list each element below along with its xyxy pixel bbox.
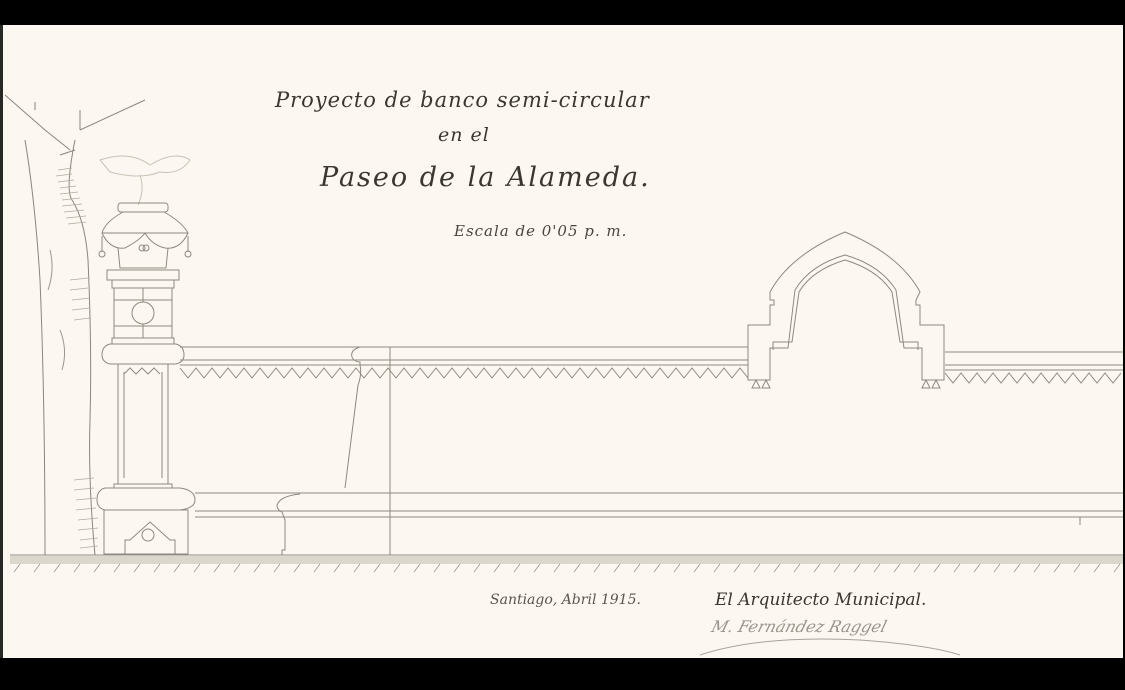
drawing-title-line-2: en el [438,124,490,146]
drawing-title-line-1: Proyecto de banco semi-circular [275,88,650,112]
architect-signature: M. Fernández Raggel [709,617,888,636]
ground-ticks [14,564,1120,572]
gothic-arch-ornament [748,232,944,388]
tree-sketch [5,95,145,555]
ground-hatching [10,556,1123,564]
urn-ornament [99,203,191,268]
backrest [180,347,1123,555]
architectural-drawing-sheet: Proyecto de banco semi-circular en el Pa… [0,25,1123,658]
seat [195,493,1123,555]
drawing-scale: Escala de 0'05 p. m. [454,222,627,240]
bench-elevation-drawing [0,25,1123,658]
place-date: Santiago, Abril 1915. [490,592,641,608]
architect-title: El Arquitecto Municipal. [715,590,926,610]
drawing-title-line-3: Paseo de la Alameda. [320,162,651,193]
signature-flourish [700,639,960,655]
pillar [97,270,195,554]
flame-sketch [100,156,190,176]
